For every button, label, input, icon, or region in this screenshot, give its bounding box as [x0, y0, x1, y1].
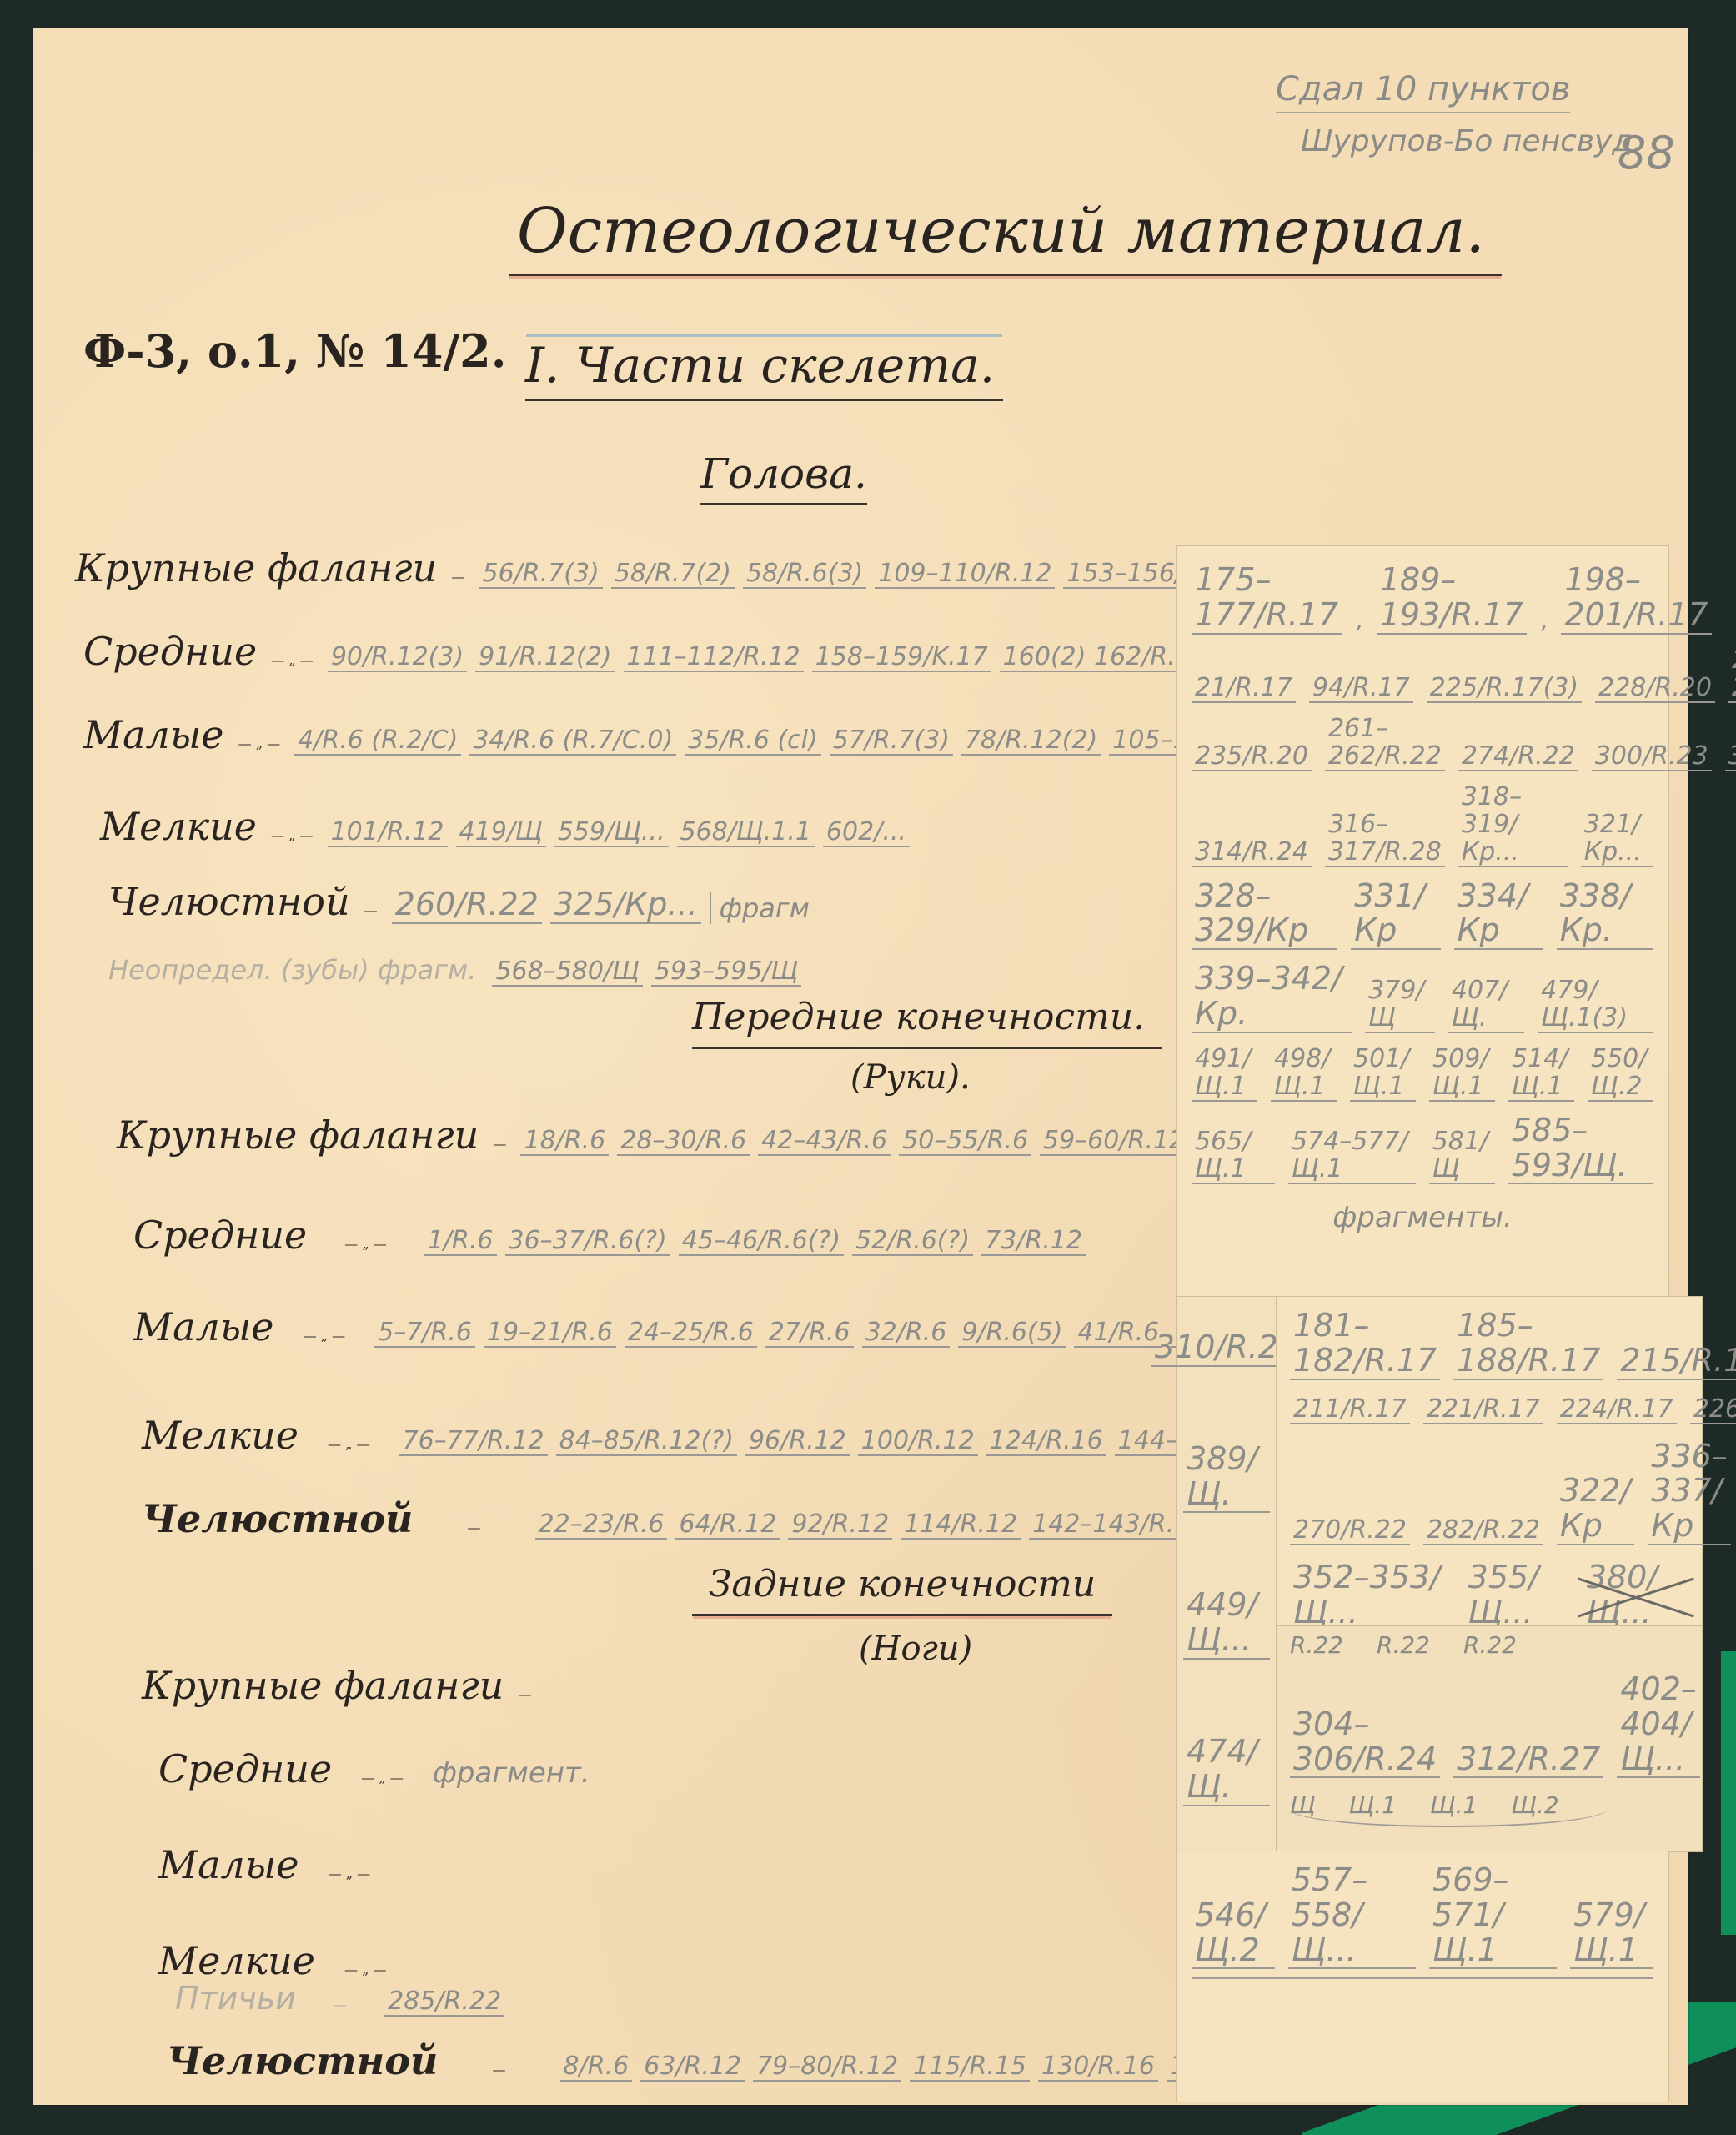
item: 19–21/R.6	[484, 1319, 616, 1348]
row-label: Средние	[158, 1746, 332, 1791]
item: 235/R.20	[1192, 742, 1312, 771]
row-label: Средние	[83, 629, 257, 674]
row-label: Неопредел. (зубы) фрагм.	[108, 954, 476, 986]
row-dashes: —	[493, 1136, 506, 1152]
item: 115/R.15	[910, 2052, 1030, 2082]
row-label: Крупные фаланги	[75, 545, 437, 590]
page-title: Остеологический материал.	[509, 195, 1502, 276]
fund-reference: Ф-3, о.1, № 14/2.	[83, 324, 507, 378]
item: R.22	[1377, 1631, 1430, 1659]
item: 59–60/R.12	[1040, 1127, 1188, 1156]
row-items: 260/R.22 325/Кр... фрагм	[392, 887, 810, 924]
item: 84–85/R.12(?)	[556, 1427, 737, 1456]
item: 419/Щ	[456, 818, 546, 847]
front-row-medium: Средние — „ — 1/R.6 36–37/R.6(?) 45–46/R…	[133, 1213, 1086, 1258]
item: 228/R.20	[1595, 674, 1715, 703]
pasted-slip-left-column: 310/R.24 389/Щ. 449/Щ... 474/Щ.	[1176, 1296, 1277, 1881]
item: R.22	[1463, 1631, 1517, 1659]
item: 322/Кр	[1557, 1474, 1634, 1545]
slip-line: 175–177/R.17, 189–193/R.17, 198–201/R.17	[1192, 563, 1653, 635]
item: 285/R.22	[384, 1987, 504, 2017]
row-items: 568–580/Щ 593–595/Щ	[492, 957, 801, 987]
item: 42–43/R.6	[758, 1127, 891, 1156]
item: 310/R.24	[1183, 1330, 1270, 1367]
item: 557–558/Щ...	[1288, 1863, 1416, 1969]
row-label: Челюстной	[108, 879, 350, 924]
head-heading: Голова.	[700, 450, 867, 505]
row-dashes: — „ —	[271, 827, 313, 843]
item: 41/R.6	[1074, 1319, 1162, 1348]
row-items: 1/R.6 36–37/R.6(?) 45–46/R.6(?) 52/R.6(?…	[424, 1227, 1086, 1256]
slip-lower-lines: R.22 R.22 R.22 304–306/R.24 312/R.27 402…	[1277, 1626, 1702, 1832]
item: 109–110/R.12	[875, 560, 1055, 589]
front-row-large: Крупные фаланги — 18/R.6 28–30/R.6 42–43…	[117, 1113, 1301, 1158]
front-row-jaw: Челюстной — 22–23/R.6 64/R.12 92/R.12 11…	[142, 1496, 1337, 1541]
item: 36–37/R.6(?)	[505, 1227, 670, 1256]
document-page: Сдал 10 пунктов Шурупов-Бо пенсвуд. 88 О…	[33, 28, 1688, 2105]
item: 336–337/Кр	[1648, 1439, 1731, 1545]
slip-line: Щ Щ.1 Щ.1 Щ.2	[1290, 1791, 1607, 1827]
row-dashes: — „ —	[238, 736, 280, 751]
back-limbs-heading: Задние конечности	[692, 1563, 1112, 1616]
pasted-slip-bottom: 546/Щ.2 557–558/Щ... 569–571/Щ.1 579/Щ.1	[1176, 1851, 1669, 2102]
item: 331/Кр	[1351, 879, 1440, 951]
item: 27/R.6	[765, 1319, 854, 1348]
back-row-birds: Птичьи — 285/R.22	[175, 1980, 504, 2017]
item: 9/R.6(5)	[958, 1319, 1066, 1348]
item: 52/R.6(?)	[852, 1227, 973, 1256]
item: 124/R.16	[986, 1427, 1106, 1456]
item: 550/Щ.2	[1588, 1045, 1653, 1102]
slip-line: 21/R.17 94/R.17 225/R.17(3) 228/R.20 231…	[1192, 646, 1653, 703]
item: Щ	[1290, 1791, 1316, 1819]
row-note: фрагм	[710, 892, 810, 924]
item: 593–595/Щ	[651, 957, 801, 987]
front-limbs-subheading: (Руки).	[850, 1058, 971, 1097]
slip-line: 304–306/R.24 312/R.27 402–404/Щ...	[1290, 1672, 1688, 1778]
row-label: Малые	[158, 1842, 299, 1887]
item: 402–404/Щ...	[1617, 1672, 1700, 1778]
back-limbs-subheading: (Ноги)	[859, 1630, 972, 1668]
crossed-out-item: 380/Щ...	[1583, 1560, 1688, 1632]
item: 321/Кр...	[1581, 811, 1653, 867]
head-row-tiny: Мелкие — „ — 101/R.12 419/Щ 559/Щ... 568…	[100, 804, 910, 849]
item: 224/R.17	[1557, 1395, 1677, 1424]
item: 312/R.27	[1453, 1742, 1603, 1779]
item: 304–306/R.24	[1290, 1707, 1440, 1779]
item: 63/R.12	[640, 2052, 745, 2082]
row-label: Челюстной	[167, 2038, 438, 2083]
slip-bottom-lines: 546/Щ.2 557–558/Щ... 569–571/Щ.1 579/Щ.1	[1177, 1851, 1668, 1991]
item: 568/Щ.1.1	[677, 818, 815, 847]
item: 389/Щ.	[1183, 1442, 1270, 1514]
archive-note-line1: Сдал 10 пунктов	[1276, 70, 1570, 113]
row-dashes: — „ —	[361, 1770, 403, 1786]
item: 501/Щ.1	[1350, 1045, 1416, 1102]
item: 509/Щ.1	[1429, 1045, 1495, 1102]
item: 546/Щ.2	[1192, 1898, 1275, 1970]
item: 270/R.22	[1290, 1516, 1410, 1545]
row-note: фрагмент.	[433, 1756, 590, 1790]
row-label: Мелкие	[158, 1938, 315, 1983]
item: 1/R.6	[424, 1227, 497, 1256]
slip-line: 546/Щ.2 557–558/Щ... 569–571/Щ.1 579/Щ.1	[1192, 1863, 1653, 1979]
item: 45–46/R.6(?)	[679, 1227, 844, 1256]
item: 4/R.6 (R.2/C)	[294, 726, 461, 756]
item: 101/R.12	[328, 818, 448, 847]
head-row-jaw: Челюстной — 260/R.22 325/Кр... фрагм	[108, 879, 810, 924]
front-row-small: Малые — „ — 5–7/R.6 19–21/R.6 24–25/R.6 …	[133, 1304, 1275, 1349]
item: 58/R.6(3)	[743, 560, 866, 589]
item: Щ.2	[1511, 1791, 1558, 1819]
slip-line: 211/R.17 221/R.17 224/R.17 226/R.20 237/…	[1290, 1395, 1688, 1424]
item: 274/R.22	[1458, 742, 1578, 771]
row-items: 4/R.6 (R.2/C) 34/R.6 (R.7/C.0) 35/R.6 (c…	[294, 726, 1325, 756]
row-dashes: —	[334, 1997, 347, 2012]
item: 185–188/R.17	[1453, 1309, 1603, 1380]
item: 90/R.12(3)	[328, 643, 467, 672]
item: 189–193/R.17	[1377, 563, 1527, 635]
row-items: 101/R.12 419/Щ 559/Щ... 568/Щ.1.1 602/..…	[328, 818, 910, 847]
row-label: Челюстной	[142, 1496, 413, 1541]
item: 226/R.20	[1690, 1395, 1736, 1424]
slip-line: 314/R.24 316–317/R.28 318–319/Кр... 321/…	[1192, 783, 1653, 867]
item: 231–232/R.20	[1728, 646, 1736, 703]
pasted-slip-middle: 181–182/R.17 185–188/R.17 215/R.17 211/R…	[1276, 1296, 1703, 1627]
row-items: 76–77/R.12 84–85/R.12(?) 96/R.12 100/R.1…	[399, 1427, 1295, 1456]
row-dashes: — „ —	[329, 1866, 370, 1881]
row-dashes: — „ —	[344, 1962, 386, 1977]
item: 325/Кр...	[550, 887, 701, 924]
head-row-undetermined: Неопредел. (зубы) фрагм. 568–580/Щ 593–5…	[108, 954, 801, 987]
item: 221/R.17	[1423, 1395, 1543, 1424]
item: 34/R.6 (R.7/C.0)	[469, 726, 676, 756]
row-label: Крупные фаланги	[117, 1113, 479, 1158]
slip-middle-lines: 181–182/R.17 185–188/R.17 215/R.17 211/R…	[1277, 1297, 1702, 1644]
item: 379/Щ	[1365, 977, 1435, 1033]
slip-line: 181–182/R.17 185–188/R.17 215/R.17	[1290, 1309, 1688, 1380]
slip-line: 565/Щ.1 574–577/Щ.1 581/Щ 585–593/Щ.	[1192, 1113, 1653, 1185]
row-dashes: — „ —	[344, 1236, 386, 1252]
item: 32/R.6	[862, 1319, 951, 1348]
item: Щ.1	[1430, 1791, 1478, 1819]
item: 130/R.16	[1038, 2052, 1158, 2082]
slip-line: 270/R.22 282/R.22 322/Кр 336–337/Кр	[1290, 1439, 1688, 1545]
item: 79–80/R.12	[753, 2052, 901, 2082]
item: 314/R.24	[1192, 838, 1312, 867]
item: 100/R.12	[858, 1427, 978, 1456]
item: 514/Щ.1	[1508, 1045, 1574, 1102]
item: 316–317/R.28	[1325, 811, 1445, 867]
item: 24–25/R.6	[625, 1319, 757, 1348]
item: R.22	[1290, 1631, 1343, 1659]
item: 211/R.17	[1290, 1395, 1410, 1424]
item: 78/R.12(2)	[961, 726, 1101, 756]
back-row-small: Малые — „ —	[158, 1842, 395, 1887]
item: 334/Кр	[1454, 879, 1543, 951]
item: 181–182/R.17	[1290, 1309, 1440, 1380]
item: 339–342/Кр.	[1192, 962, 1352, 1033]
back-row-large: Крупные фаланги —	[142, 1663, 541, 1708]
item: 225/R.17(3)	[1427, 674, 1582, 703]
slip-upper-lines: 175–177/R.17, 189–193/R.17, 198–201/R.17…	[1177, 546, 1668, 1251]
item: 602/...	[823, 818, 910, 847]
item: 73/R.12	[981, 1227, 1086, 1256]
row-dashes: —	[492, 2062, 505, 2077]
item: 198–201/R.17	[1561, 563, 1711, 635]
item: 35/R.6 (cl)	[685, 726, 821, 756]
item: 92/R.12	[788, 1510, 892, 1540]
pasted-slip-upper: 175–177/R.17, 189–193/R.17, 198–201/R.17…	[1176, 545, 1669, 1298]
item: 175–177/R.17	[1192, 563, 1342, 635]
item: 94/R.17	[1309, 674, 1413, 703]
item: 282/R.22	[1423, 1516, 1543, 1545]
row-dashes: —	[467, 1520, 480, 1535]
slip-line: 328–329/Кр 331/Кр 334/Кр 338/Кр.	[1192, 879, 1653, 951]
item: 158–159/K.17	[812, 643, 991, 672]
row-label: Мелкие	[142, 1413, 299, 1458]
item: 22–23/R.6	[535, 1510, 668, 1540]
item: 585–593/Щ.	[1508, 1113, 1653, 1185]
item: 491/Щ.1	[1192, 1045, 1257, 1102]
item: 328–329/Кр	[1192, 879, 1337, 951]
front-limbs-heading: Передние конечности.	[692, 996, 1162, 1049]
item: 311/R.24	[1725, 742, 1736, 771]
archive-note-line2: Шурупов-Бо пенсвуд.	[1301, 124, 1643, 158]
item: 18/R.6	[520, 1127, 609, 1156]
item: 57/R.7(3)	[830, 726, 953, 756]
slip-line: 491/Щ.1 498/Щ.1 501/Щ.1 509/Щ.1 514/Щ.1 …	[1192, 1045, 1653, 1102]
row-dashes: —	[451, 569, 464, 585]
item: 21/R.17	[1192, 674, 1296, 703]
item: 111–112/R.12	[624, 643, 804, 672]
slip-left-lines: 310/R.24 389/Щ. 449/Щ... 474/Щ.	[1177, 1297, 1277, 1840]
section-heading: I. Части скелета.	[525, 337, 1003, 401]
item: 574–577/Щ.1	[1288, 1128, 1416, 1184]
row-label: Малые	[83, 712, 224, 757]
row-label: Малые	[133, 1304, 274, 1349]
row-dashes: — „ —	[271, 652, 313, 668]
slip-line: 352–353/Щ... 355/Щ... 380/Щ...	[1290, 1560, 1688, 1632]
slip-line: 235/R.20 261–262/R.22 274/R.22 300/R.23 …	[1192, 715, 1653, 771]
item: 318–319/Кр...	[1458, 783, 1568, 867]
item: 8/R.6	[560, 2052, 633, 2082]
item: 474/Щ.	[1183, 1735, 1270, 1806]
item: 568–580/Щ	[492, 957, 642, 987]
item: 407/Щ.	[1448, 977, 1524, 1033]
item: 96/R.12	[745, 1427, 850, 1456]
slip-line: 339–342/Кр. 379/Щ 407/Щ. 479/Щ.1(3)	[1192, 962, 1653, 1033]
row-label: Птичьи	[175, 1980, 296, 2017]
item: 559/Щ...	[554, 818, 669, 847]
item: 581/Щ	[1429, 1128, 1495, 1184]
item: 300/R.23	[1592, 742, 1712, 771]
row-label: Средние	[133, 1213, 307, 1258]
slip-line: R.22 R.22 R.22	[1290, 1631, 1688, 1659]
item: 352–353/Щ...	[1290, 1560, 1452, 1632]
back-row-jaw: Челюстной — 8/R.6 63/R.12 79–80/R.12 115…	[167, 2038, 1287, 2083]
row-dashes: —	[364, 902, 378, 918]
head-row-small: Малые — „ — 4/R.6 (R.2/C) 34/R.6 (R.7/C.…	[83, 712, 1325, 757]
row-dashes: — „ —	[304, 1328, 345, 1344]
back-row-tiny: Мелкие — „ —	[158, 1938, 412, 1983]
item: 449/Щ...	[1183, 1588, 1270, 1660]
head-row-medium: Средние — „ — 90/R.12(3) 91/R.12(2) 111–…	[83, 629, 1339, 674]
item: 261–262/R.22	[1325, 715, 1445, 771]
item: 56/R.7(3)	[479, 560, 602, 589]
row-dashes: —	[518, 1686, 531, 1702]
sheet-number: 88	[1618, 127, 1675, 179]
item: 64/R.12	[675, 1510, 780, 1540]
item: 28–30/R.6	[617, 1127, 750, 1156]
background-green-edge	[1721, 1651, 1736, 1935]
row-items: 5–7/R.6 19–21/R.6 24–25/R.6 27/R.6 32/R.…	[374, 1319, 1275, 1348]
item: 260/R.22	[392, 887, 542, 924]
item: 498/Щ.1	[1271, 1045, 1337, 1102]
item: 569–571/Щ.1	[1429, 1863, 1557, 1969]
item: 355/Щ...	[1465, 1560, 1570, 1632]
item: 5–7/R.6	[374, 1319, 475, 1348]
pasted-slip-lower: R.22 R.22 R.22 304–306/R.24 312/R.27 402…	[1276, 1625, 1703, 1852]
row-label: Мелкие	[100, 804, 257, 849]
item: 76–77/R.12	[399, 1427, 548, 1456]
front-row-tiny: Мелкие — „ — 76–77/R.12 84–85/R.12(?) 96…	[142, 1413, 1295, 1458]
item: 215/R.17	[1617, 1344, 1736, 1380]
item: 479/Щ.1(3)	[1538, 977, 1653, 1033]
row-dashes: — „ —	[328, 1436, 369, 1452]
item: 50–55/R.6	[899, 1127, 1031, 1156]
item: 338/Кр.	[1557, 879, 1653, 951]
back-row-medium: Средние — „ — фрагмент.	[158, 1746, 590, 1791]
item: 91/R.12(2)	[475, 643, 615, 672]
row-label: Крупные фаланги	[142, 1663, 504, 1708]
item: 579/Щ.1	[1570, 1898, 1653, 1970]
slip-upper-footer: фрагменты.	[1192, 1201, 1653, 1234]
item: Щ.1	[1349, 1791, 1397, 1819]
item: 565/Щ.1	[1192, 1128, 1275, 1184]
item: 58/R.7(2)	[611, 560, 735, 589]
item: 114/R.12	[901, 1510, 1021, 1540]
